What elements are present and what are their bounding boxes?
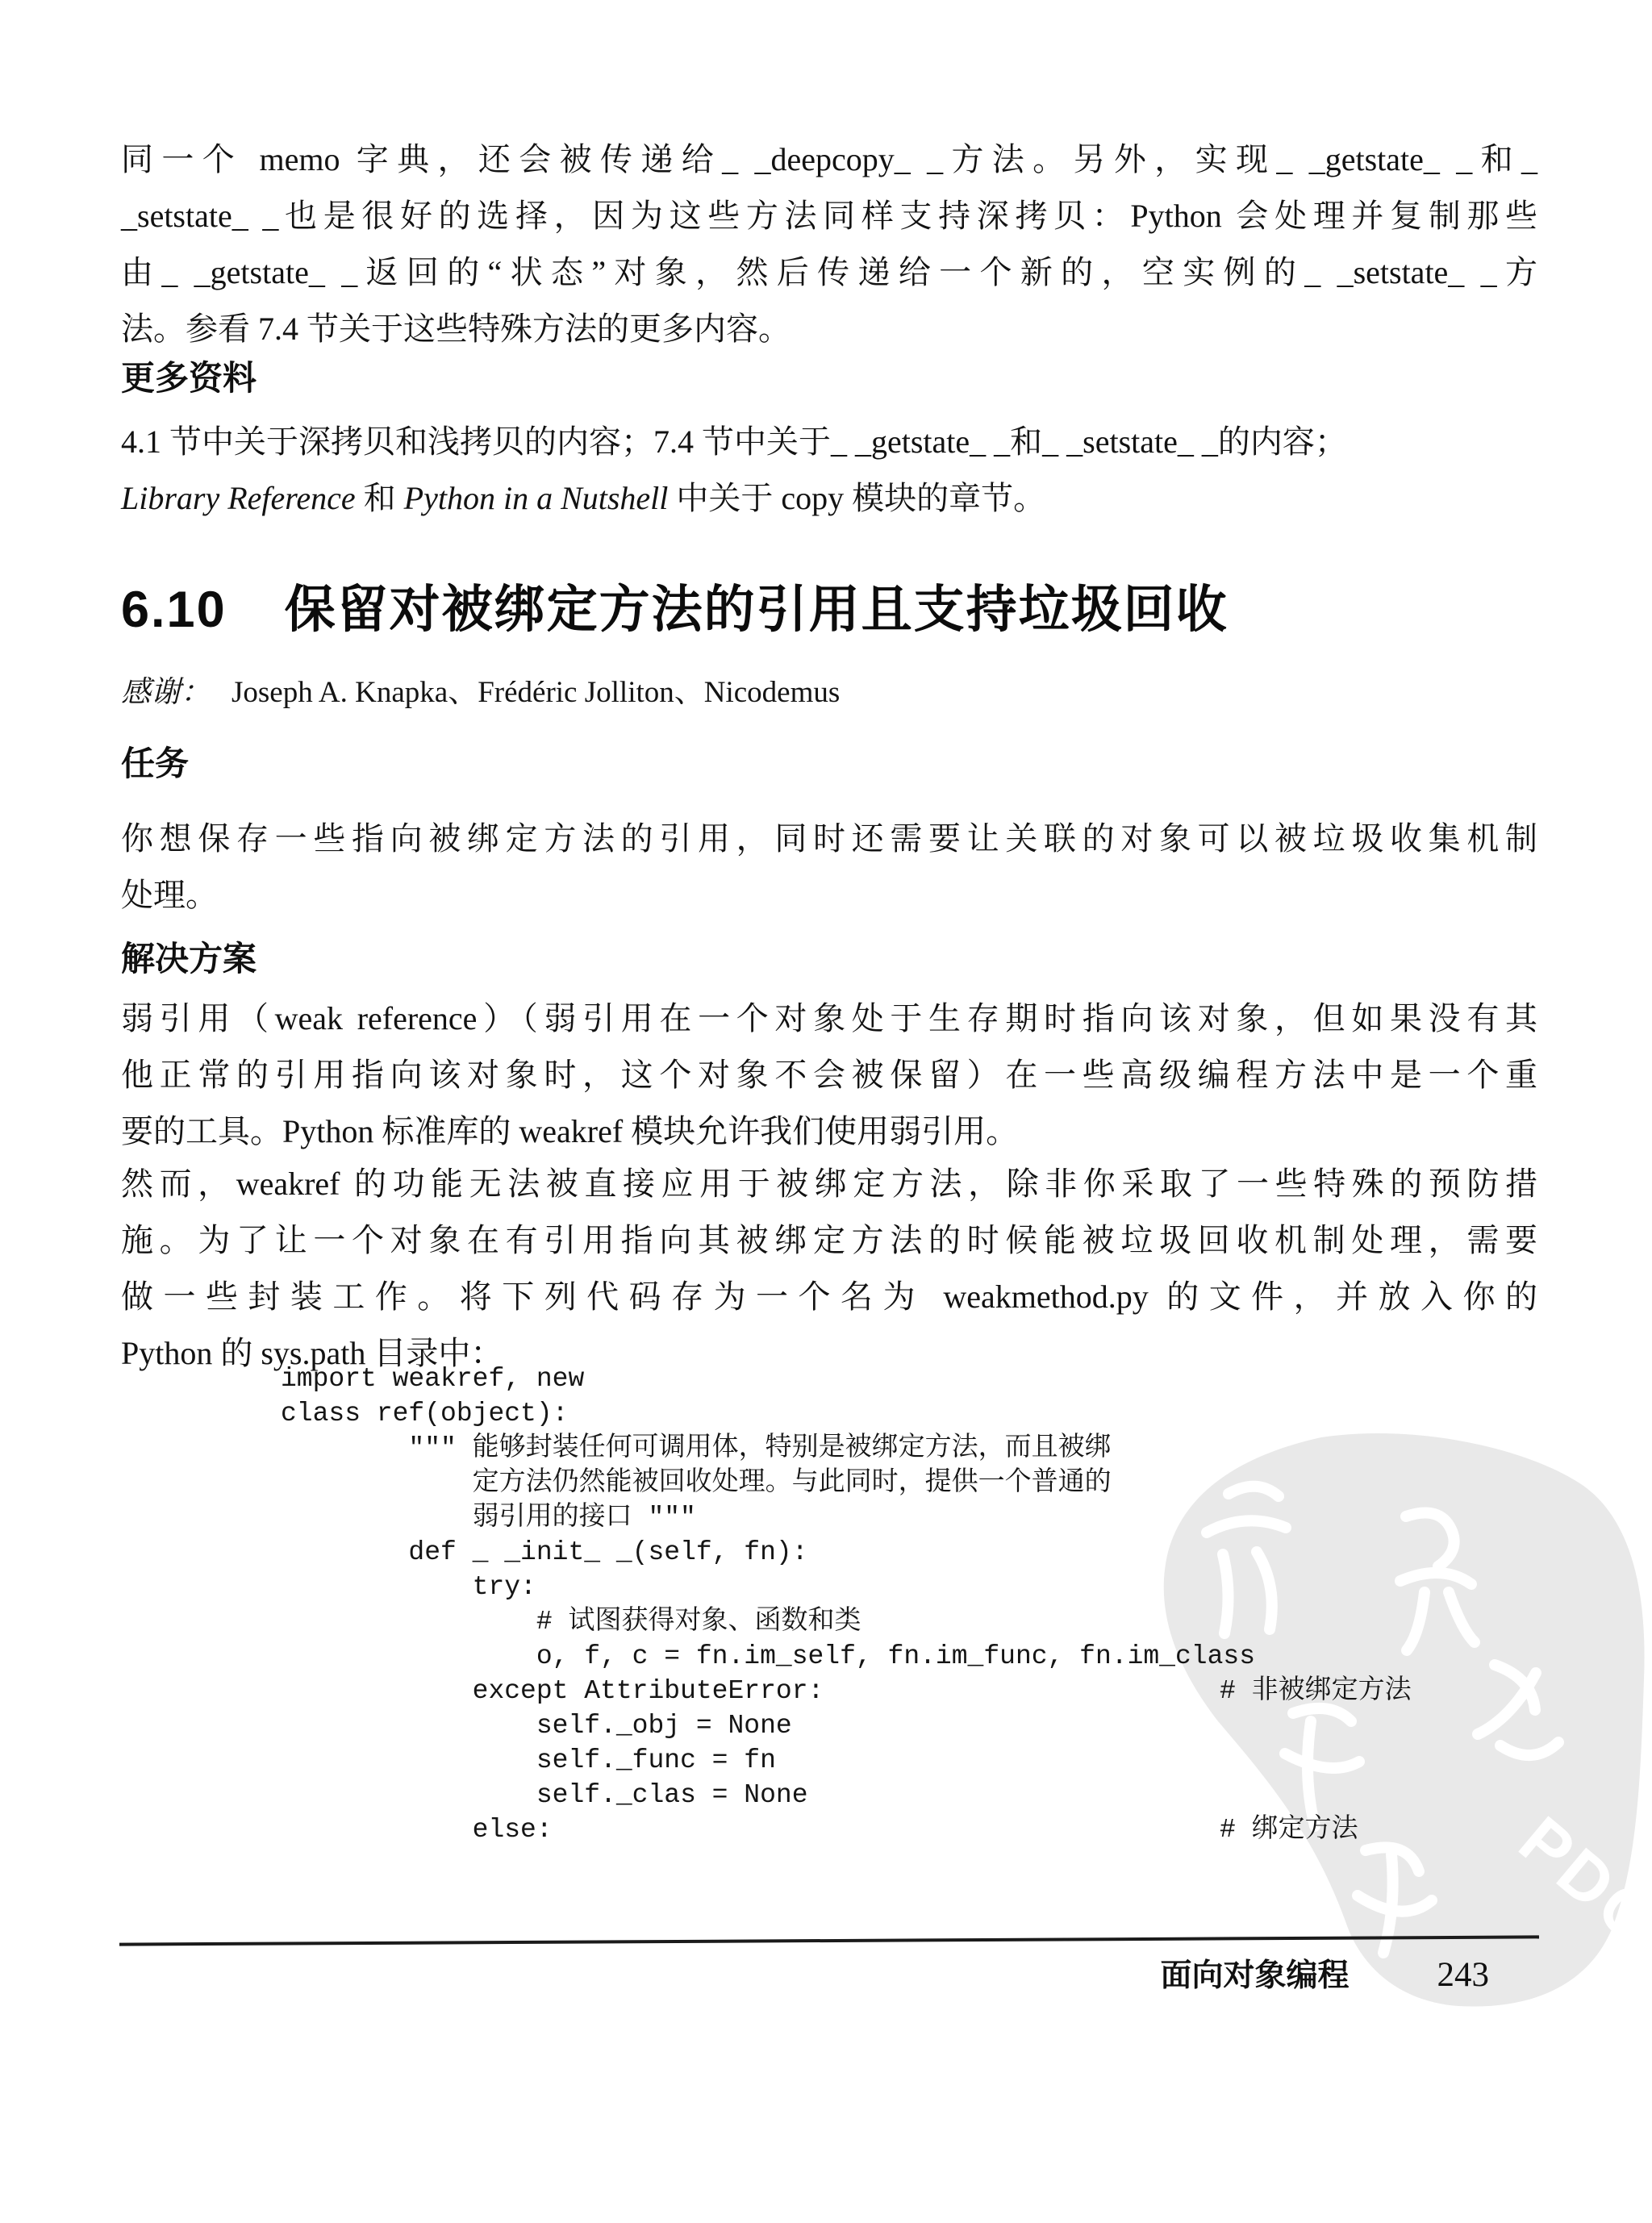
code-text: self._obj = None	[281, 1711, 792, 1741]
heading-solution: 解决方案	[121, 940, 257, 978]
more-info-connector: 和	[356, 480, 404, 516]
text-line: 然而，weakref 的功能无法被直接应用于被绑定方法，除非你采取了一些特殊的预…	[121, 1156, 1537, 1212]
code-text: self._clas = None	[281, 1780, 808, 1810]
paragraph-deepcopy-intro: 同一个 memo 字典，还会被传递给_ _deepcopy_ _方法。另外，实现…	[121, 131, 1537, 357]
code-text: else:	[281, 1815, 553, 1845]
code-line: """ 能够封装任何可调用体，特别是被绑定方法，而且被绑	[281, 1431, 1255, 1466]
book-page: PDG 同一个 memo 字典，还会被传递给_ _deepcopy_ _方法。另…	[0, 0, 1652, 2223]
credit-line: 感谢：Joseph A. Knapka、Frédéric Jolliton、Ni…	[121, 667, 840, 711]
section-title: 保留对被绑定方法的引用且支持垃圾回收	[285, 569, 1229, 642]
footer-page-number: 243	[1437, 1956, 1490, 1994]
code-text: class ref(object):	[281, 1399, 568, 1428]
code-line: except AttributeError:# 非被绑定方法	[281, 1674, 1255, 1708]
code-line: self._func = fn	[281, 1743, 1255, 1778]
text-line: 做一些封装工作。将下列代码存为一个名为 weakmethod.py 的文件，并放…	[121, 1269, 1537, 1325]
page-footer: 面向对象编程 243	[121, 1950, 1489, 1996]
code-line: else:# 绑定方法	[281, 1812, 1255, 1847]
heading-more-info: 更多资料	[121, 359, 257, 398]
paragraph-weakref-intro: 弱引用（weak reference）（弱引用在一个对象处于生存期时指向该对象，…	[121, 991, 1537, 1160]
more-info-line2: Library Reference 和 Python in a Nutshell…	[121, 470, 1537, 527]
code-text: def _ _init_ _(self, fn):	[281, 1537, 808, 1567]
credit-label: 感谢：	[121, 676, 211, 709]
code-text: """ 能够封装任何可调用体，特别是被绑定方法，而且被绑	[281, 1433, 1112, 1463]
text-line: 他正常的引用指向该对象时，这个对象不会被保留）在一些高级编程方法中是一个重	[121, 1047, 1537, 1103]
code-trailing-comment: # 绑定方法	[1220, 1812, 1358, 1847]
paragraph-weakmethod-setup: 然而，weakref 的功能无法被直接应用于被绑定方法，除非你采取了一些特殊的预…	[121, 1156, 1537, 1382]
code-text: # 试图获得对象、函数和类	[281, 1607, 861, 1637]
text-line: 你想保存一些指向被绑定方法的引用，同时还需要让关联的对象可以被垃圾收集机制	[121, 811, 1537, 867]
heading-task: 任务	[121, 744, 189, 783]
more-info-line1: 4.1 节中关于深拷贝和浅拷贝的内容；7.4 节中关于_ _getstate_ …	[121, 414, 1537, 470]
paragraph-more-info: 4.1 节中关于深拷贝和浅拷贝的内容；7.4 节中关于_ _getstate_ …	[121, 414, 1537, 527]
code-line: self._clas = None	[281, 1778, 1255, 1812]
section-number: 6.10	[121, 581, 227, 639]
section-heading: 6.10 保留对被绑定方法的引用且支持垃圾回收	[121, 569, 1229, 642]
code-line: def _ _init_ _(self, fn):	[281, 1535, 1255, 1570]
code-text: try:	[281, 1572, 536, 1602]
code-line: o, f, c = fn.im_self, fn.im_func, fn.im_…	[281, 1639, 1255, 1674]
text-line: 施。为了让一个对象在有引用指向其被绑定方法的时候能被垃圾回收机制处理，需要	[121, 1212, 1537, 1269]
code-block-weakmethod: import weakref, newclass ref(object): ""…	[281, 1362, 1255, 1847]
credit-names: Joseph A. Knapka、Frédéric Jolliton、Nicod…	[232, 676, 840, 709]
code-text: self._func = fn	[281, 1745, 776, 1775]
text-line: 法。参看 7.4 节关于这些特殊方法的更多内容。	[121, 301, 1537, 357]
footer-section-label: 面向对象编程	[1160, 1958, 1349, 1993]
book-title-library-reference: Library Reference	[121, 480, 356, 516]
code-line: 定方法仍然能被回收处理。与此同时，提供一个普通的	[281, 1466, 1255, 1500]
text-line: 处理。	[121, 867, 1537, 924]
code-line: 弱引用的接口 """	[281, 1500, 1255, 1535]
code-trailing-comment: # 非被绑定方法	[1220, 1674, 1412, 1708]
code-line: import weakref, new	[281, 1362, 1255, 1396]
paragraph-task: 你想保存一些指向被绑定方法的引用，同时还需要让关联的对象可以被垃圾收集机制处理。	[121, 811, 1537, 924]
text-line: 同一个 memo 字典，还会被传递给_ _deepcopy_ _方法。另外，实现…	[121, 131, 1537, 188]
code-text: 弱引用的接口 """	[281, 1503, 696, 1533]
code-line: self._obj = None	[281, 1708, 1255, 1743]
code-line: try:	[281, 1570, 1255, 1604]
code-line: # 试图获得对象、函数和类	[281, 1604, 1255, 1639]
code-line: class ref(object):	[281, 1396, 1255, 1431]
code-text: except AttributeError:	[281, 1676, 824, 1706]
text-line: _setstate_ _也是很好的选择，因为这些方法同样支持深拷贝：Python…	[121, 188, 1537, 244]
code-text: o, f, c = fn.im_self, fn.im_func, fn.im_…	[281, 1641, 1255, 1671]
code-text: import weakref, new	[281, 1364, 584, 1394]
book-title-python-in-a-nutshell: Python in a Nutshell	[404, 480, 669, 516]
code-text: 定方法仍然能被回收处理。与此同时，提供一个普通的	[281, 1468, 1112, 1498]
text-line: 要的工具。Python 标准库的 weakref 模块允许我们使用弱引用。	[121, 1103, 1537, 1160]
text-line: 由_ _getstate_ _返回的“状态”对象，然后传递给一个新的，空实例的_…	[121, 244, 1537, 301]
more-info-rest: 中关于 copy 模块的章节。	[668, 480, 1045, 516]
text-line: 弱引用（weak reference）（弱引用在一个对象处于生存期时指向该对象，…	[121, 991, 1537, 1047]
